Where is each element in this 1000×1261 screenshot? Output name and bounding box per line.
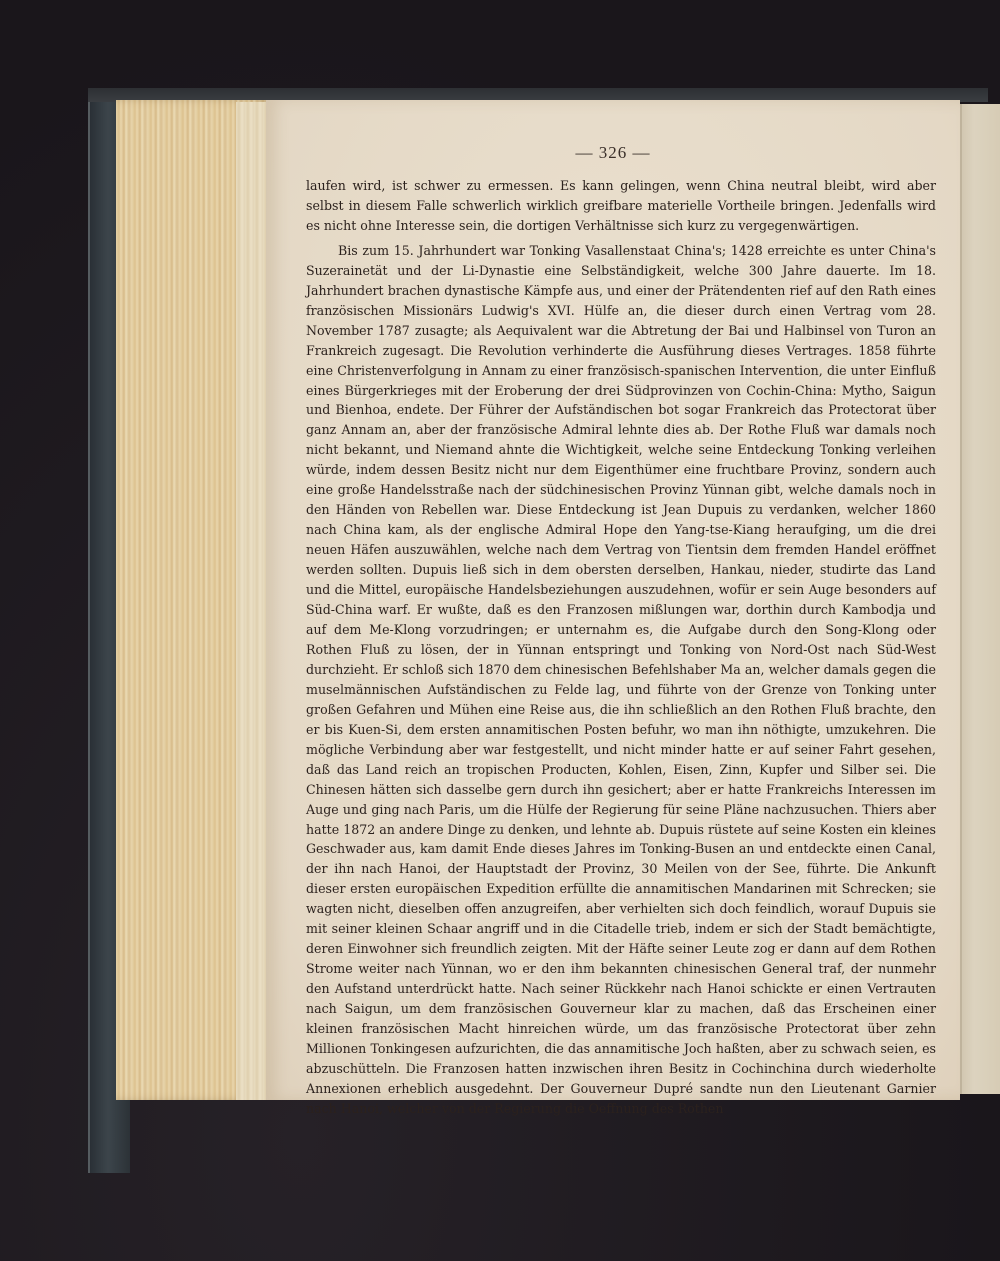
facing-page-edge	[960, 104, 1000, 1094]
book-page: — 326 — laufen wird, ist schwer zu ermes…	[266, 100, 960, 1100]
paragraph: Bis zum 15. Jahrhundert war Tonking Vasa…	[306, 241, 936, 1119]
page-stack-inner-edges	[236, 102, 268, 1100]
page-number: — 326 —	[266, 143, 960, 163]
page-body-text: laufen wird, ist schwer zu ermessen. Es …	[306, 176, 936, 1119]
paragraph: laufen wird, ist schwer zu ermessen. Es …	[306, 176, 936, 236]
